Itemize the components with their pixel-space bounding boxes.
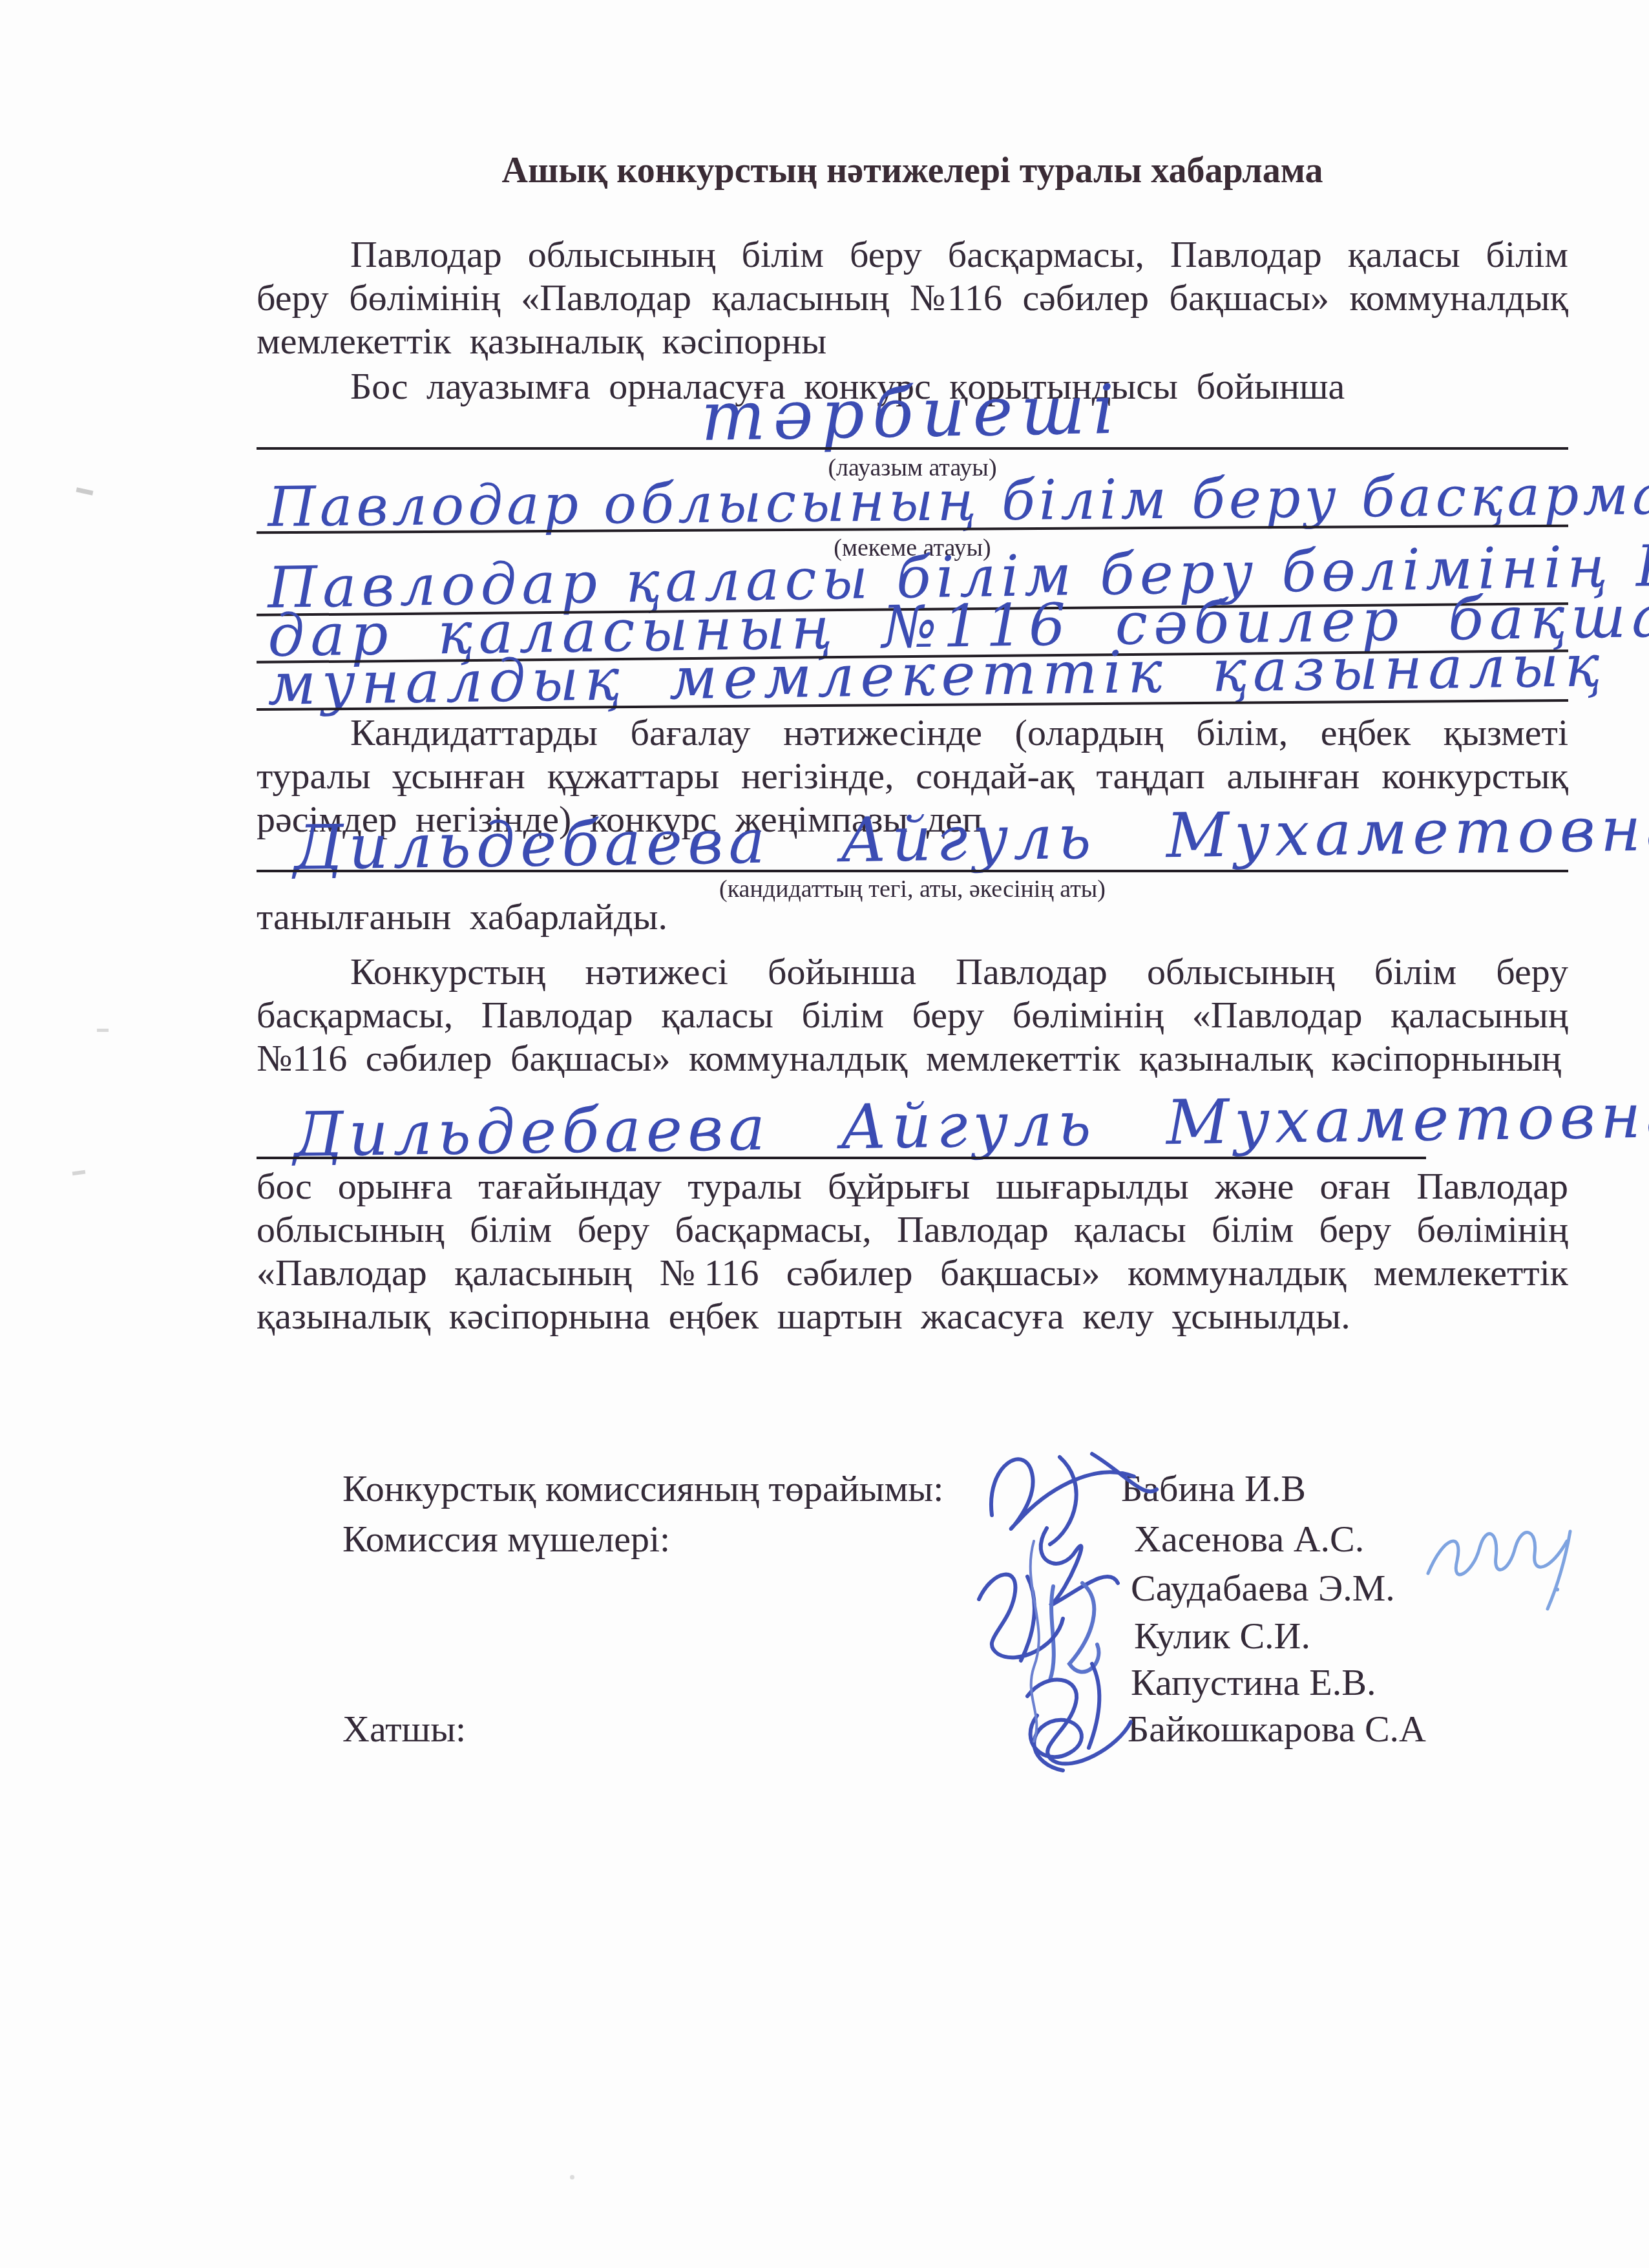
scan-artifact (97, 1029, 109, 1032)
chair-label: Конкурстық комиссияның төрайымы: (342, 1467, 943, 1510)
blank-line-appointment (257, 1157, 1426, 1159)
signature-member-4-ink (1027, 1664, 1131, 1764)
scan-artifact (570, 2175, 574, 2179)
members-label: Комиссия мүшелері: (342, 1517, 670, 1560)
paragraph-recognized: танылғанын хабарлайды. (257, 895, 1568, 938)
document-title: Ашық конкурстың нәтижелері туралы хабарл… (257, 150, 1568, 191)
secretary-label: Хатшы: (342, 1707, 466, 1750)
paragraph-result: Конкурстың нәтижесі бойынша Павлодар обл… (257, 950, 1568, 1080)
ink-signatures-cluster (930, 1438, 1228, 1774)
paragraph-intro: Павлодар облысының білім беру басқармасы… (257, 233, 1568, 362)
blank-line-position (257, 447, 1568, 450)
paragraph-appointment: бос орынға тағайындау туралы бұйрығы шығ… (257, 1164, 1568, 1338)
scan-artifact (72, 1170, 86, 1176)
signature-connector-ink (1031, 1541, 1039, 1741)
scan-artifact (76, 487, 94, 495)
paraph-note-ink (1418, 1512, 1599, 1622)
signature-chair-ink (991, 1454, 1157, 1544)
scanned-document-page: Ашық конкурстың нәтижелері туралы хабарл… (0, 0, 1649, 2268)
blank-line-candidate (257, 870, 1568, 872)
